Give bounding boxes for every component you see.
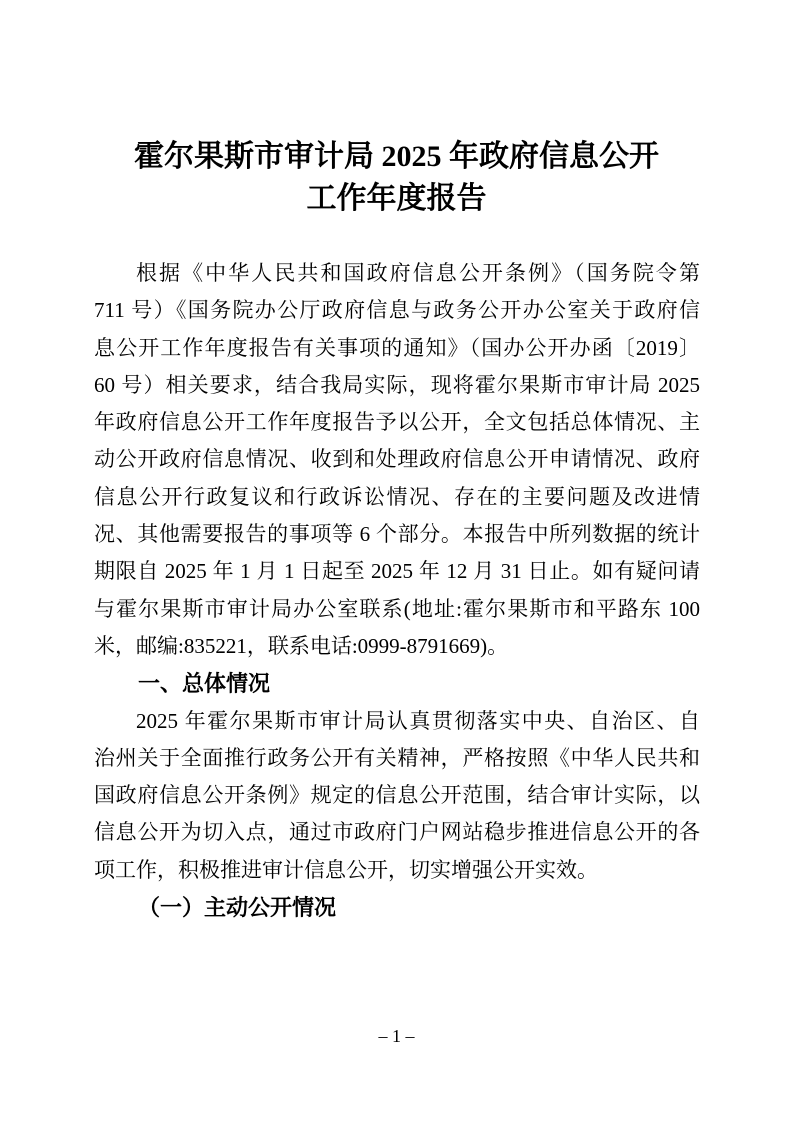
body-text-line: 米，邮编:835221，联系电话:0999-8791669)。 xyxy=(94,628,700,665)
section1-paragraph: 2025 年霍尔果斯市审计局认真贯彻落实中央、自治区、自 治州关于全面推行政务公… xyxy=(94,703,700,889)
body-text-line: 60 号）相关要求，结合我局实际，现将霍尔果斯市审计局 2025 xyxy=(94,367,700,404)
document-title: 霍尔果斯市审计局 2025 年政府信息公开 工作年度报告 xyxy=(0,136,793,220)
body-text-line: 信息公开为切入点，通过市政府门户网站稳步推进信息公开的各 xyxy=(94,814,700,851)
body-text-line: 国政府信息公开条例》规定的信息公开范围，结合审计实际，以 xyxy=(94,777,700,814)
body-text-line: 期限自 2025 年 1 月 1 日起至 2025 年 12 月 31 日止。如… xyxy=(94,553,700,590)
document-title-line-2: 工作年度报告 xyxy=(0,178,793,220)
body-text-line: 根据《中华人民共和国政府信息公开条例》（国务院令第 xyxy=(94,255,700,292)
body-text-line: 治州关于全面推行政务公开有关精神，严格按照《中华人民共和 xyxy=(94,740,700,777)
body-text-line: 信息公开行政复议和行政诉讼情况、存在的主要问题及改进情 xyxy=(94,479,700,516)
intro-paragraph: 根据《中华人民共和国政府信息公开条例》（国务院令第 711 号）《国务院办公厅政… xyxy=(94,255,700,665)
body-text-line: 动公开政府信息情况、收到和处理政府信息公开申请情况、政府 xyxy=(94,441,700,478)
document-page: 霍尔果斯市审计局 2025 年政府信息公开 工作年度报告 根据《中华人民共和国政… xyxy=(0,0,793,1122)
body-text-line: 年政府信息公开工作年度报告予以公开，全文包括总体情况、主 xyxy=(94,404,700,441)
body-text-line: 项工作，积极推进审计信息公开，切实增强公开实效。 xyxy=(94,852,700,889)
body-text-line: 与霍尔果斯市审计局办公室联系(地址:霍尔果斯市和平路东 100 xyxy=(94,591,700,628)
body-text-line: 息公开工作年度报告有关事项的通知》（国办公开办函〔2019〕 xyxy=(94,330,700,367)
section-heading-overall-situation: 一、总体情况 xyxy=(94,665,700,702)
subsection-heading-proactive-disclosure: （一）主动公开情况 xyxy=(94,889,700,926)
document-body: 根据《中华人民共和国政府信息公开条例》（国务院令第 711 号）《国务院办公厅政… xyxy=(94,255,700,926)
body-text-line: 2025 年霍尔果斯市审计局认真贯彻落实中央、自治区、自 xyxy=(94,703,700,740)
document-title-line-1: 霍尔果斯市审计局 2025 年政府信息公开 xyxy=(0,136,793,178)
page-number: – 1 – xyxy=(0,1024,793,1048)
body-text-line: 711 号）《国务院办公厅政府信息与政务公开办公室关于政府信 xyxy=(94,292,700,329)
body-text-line: 况、其他需要报告的事项等 6 个部分。本报告中所列数据的统计 xyxy=(94,516,700,553)
